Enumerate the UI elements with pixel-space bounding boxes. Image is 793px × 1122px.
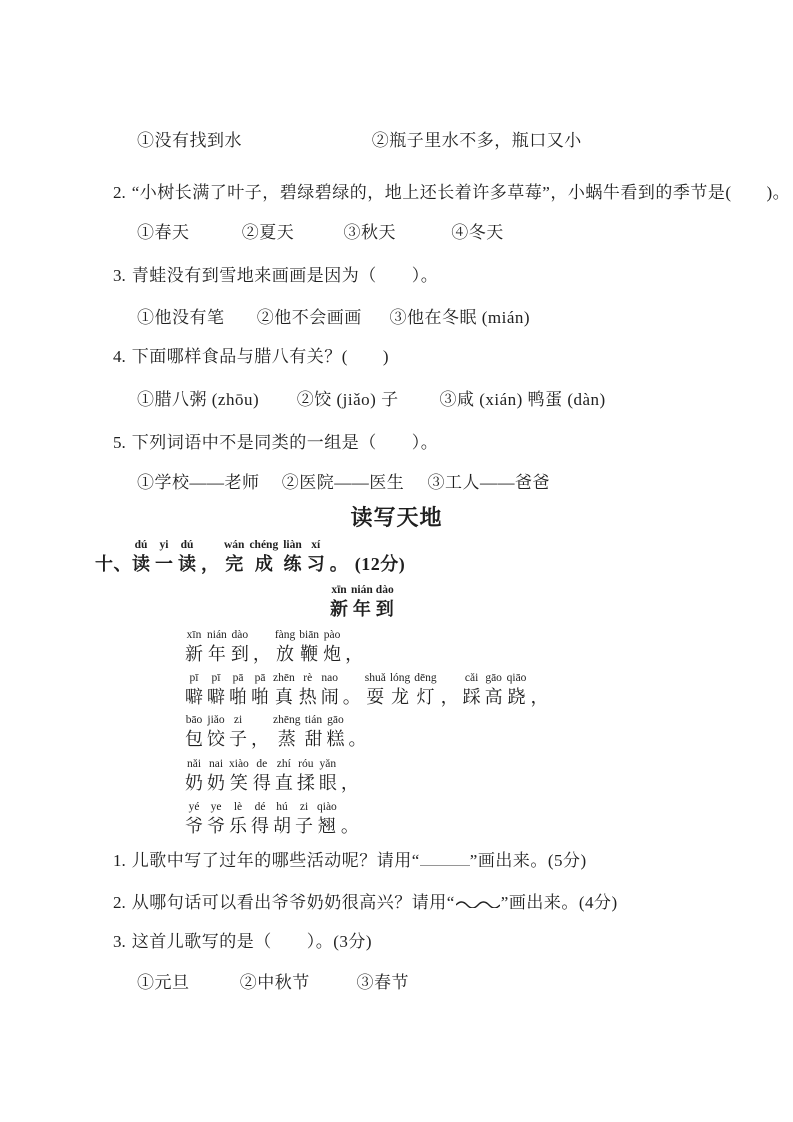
q5-option-1: ①学校——老师 <box>137 472 277 494</box>
worksheet-page: ①没有找到水 ②瓶子里水不多，瓶口又小 2.“小树长满了叶子，碧绿碧绿的，地上还… <box>0 0 793 1122</box>
poem-line-4: nǎi奶nai奶xiào笑de得zhí直róu揉yǎn眼 ， <box>185 757 363 795</box>
q2-option-1: ①春天 <box>137 222 237 244</box>
sub-question-2: 2.从哪句话可以看出爷爷奶奶很高兴？请用“”画出来。(4分) <box>113 892 618 914</box>
sub-q3-text: 这首儿歌写的是（ ）。(3分) <box>132 932 372 951</box>
q3-option-1: ①他没有笔 <box>137 307 252 329</box>
sub-q3-number: 3. <box>113 931 126 953</box>
sub-q1-number: 1. <box>113 850 126 872</box>
sub-q3-option-2: ②中秋节 <box>240 972 352 994</box>
q4-option-2: ②饺 (jiǎo) 子 <box>297 389 435 411</box>
q3-option-2: ②他不会画画 <box>257 307 385 329</box>
sub-q3-option-1: ①元旦 <box>137 972 235 994</box>
question-4-options: ①腊八粥 (zhōu) ②饺 (jiǎo) 子 ③咸 (xián) 鸭蛋 (dà… <box>137 389 606 411</box>
section-title: 读写天地 <box>0 501 793 532</box>
intro-option-row: ①没有找到水 ②瓶子里水不多，瓶口又小 <box>137 130 582 152</box>
sub-q2-text-pre: 从哪句话可以看出爷爷奶奶很高兴？请用“ <box>132 893 455 912</box>
q5-option-2: ②医院——医生 <box>282 472 423 494</box>
sub-question-1: 1.儿歌中写了过年的哪些活动呢？请用“”画出来。(5分) <box>113 850 587 872</box>
sub-q2-number: 2. <box>113 892 126 914</box>
wavy-line-blank <box>456 892 500 914</box>
question-3-number: 3. <box>113 265 126 287</box>
sub-q2-text-post: ”画出来。(4分) <box>501 893 618 912</box>
question-4-stem: 4.下面哪样食品与腊八有关？( ) <box>113 346 389 368</box>
intro-option-2: ②瓶子里水不多，瓶口又小 <box>372 130 582 152</box>
intro-option-1: ①没有找到水 <box>137 130 367 152</box>
q3-option-3: ③他在冬眠 (mián) <box>390 307 531 329</box>
exercise-heading-prefix: 十、 <box>95 552 132 576</box>
question-5-number: 5. <box>113 432 126 454</box>
q2-option-3: ③秋天 <box>344 222 447 244</box>
question-2-number: 2. <box>113 182 126 204</box>
sub-q1-text-post: ”画出来。(5分) <box>470 851 587 870</box>
q4-option-3: ③咸 (xián) 鸭蛋 (dàn) <box>440 389 606 411</box>
q2-option-4: ④冬天 <box>451 222 504 244</box>
question-3-text: 青蛙没有到雪地来画画是因为（ ）。 <box>132 266 439 285</box>
poem-line-1: xīn新nián年dào到 ，fàng放biān鞭pào炮 ， <box>185 628 367 666</box>
question-3-options: ①他没有笔 ②他不会画画 ③他在冬眠 (mián) <box>137 307 530 329</box>
question-4-number: 4. <box>113 346 126 368</box>
sub-question-3-options: ①元旦 ②中秋节 ③春节 <box>137 972 409 994</box>
question-5-text: 下列词语中不是同类的一组是（ ）。 <box>132 433 439 452</box>
q4-option-1: ①腊八粥 (zhōu) <box>137 389 292 411</box>
q2-option-2: ②夏天 <box>242 222 339 244</box>
sub-q3-option-3: ③春节 <box>357 972 410 994</box>
question-3-stem: 3.青蛙没有到雪地来画画是因为（ ）。 <box>113 265 438 287</box>
question-5-options: ①学校——老师 ②医院——医生 ③工人——爸爸 <box>137 472 550 494</box>
question-2-options: ①春天 ②夏天 ③秋天 ④冬天 <box>137 222 504 244</box>
question-2-text: “小树长满了叶子，碧绿碧绿的，地上还长着许多草莓”，小蜗牛看到的季节是( )。 <box>132 183 790 202</box>
poem-title: xīn新nián年dào到 <box>330 583 397 621</box>
underline-blank <box>420 852 470 866</box>
poem-line-3: bāo包jiǎo饺zi子 ，zhēng蒸tián甜gāo糕 。 <box>185 713 370 751</box>
exercise-heading: 十、 dú读yi一dú读 ，wán完chéng成liàn练xí习 。 (12分) <box>95 538 405 576</box>
exercise-heading-score: (12分) <box>355 552 406 576</box>
poem-line-2: pī噼pī噼pā啪pā啪zhēn真rè热nao闹 。shuǎ耍lóng龙dēng… <box>185 671 552 709</box>
sub-question-3: 3.这首儿歌写的是（ ）。(3分) <box>113 931 372 953</box>
question-2-stem: 2.“小树长满了叶子，碧绿碧绿的，地上还长着许多草莓”，小蜗牛看到的季节是( )… <box>113 182 790 204</box>
poem-line-5: yé爷ye爷lè乐dé得hú胡zi子qiào翘 。 <box>185 800 363 838</box>
question-5-stem: 5.下列词语中不是同类的一组是（ ）。 <box>113 432 438 454</box>
question-4-text: 下面哪样食品与腊八有关？( ) <box>132 347 389 366</box>
sub-q1-text-pre: 儿歌中写了过年的哪些活动呢？请用“ <box>132 851 420 870</box>
exercise-heading-ruby: dú读yi一dú读 ，wán完chéng成liàn练xí习 。 <box>132 538 353 576</box>
q5-option-3: ③工人——爸爸 <box>428 472 551 494</box>
